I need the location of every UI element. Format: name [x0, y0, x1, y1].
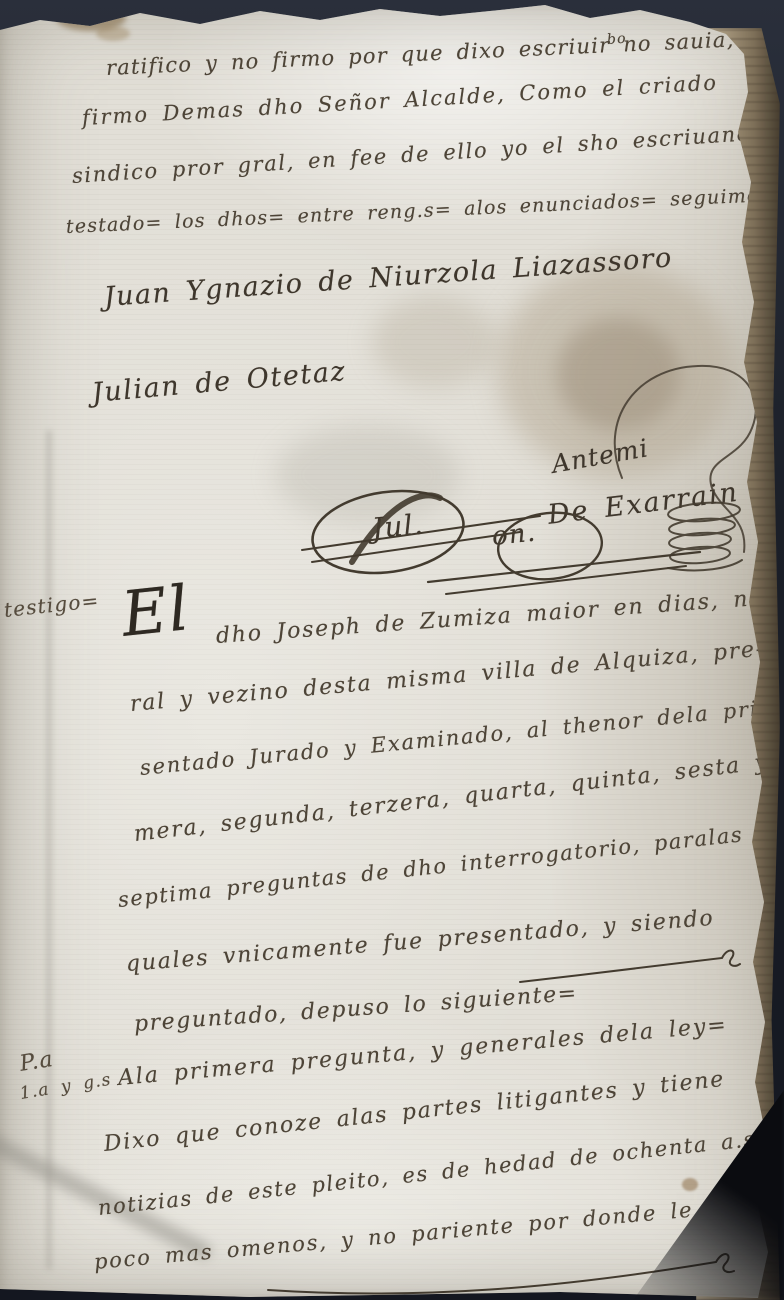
notary-signature-on: on.	[490, 517, 537, 551]
crease-left-vertical	[46, 430, 52, 1270]
manuscript-page: ratifico y no firmo por que dixo escriui…	[0, 0, 784, 1300]
stain-mid-left	[372, 296, 497, 388]
stain-bottom-dot	[682, 1178, 698, 1191]
stain-top-left-small	[96, 26, 130, 41]
rubric-underline-2	[446, 566, 686, 594]
closing-line-4: testado= los dhos= entre reng.s= alos en…	[66, 183, 784, 238]
rubric-underline-1	[428, 552, 700, 582]
dash-flourish	[520, 951, 740, 982]
superscript-note: bo	[606, 31, 627, 48]
stain-below-signature	[275, 425, 460, 525]
testimony-line-6: quales vnicamente fue presentado, y sien…	[125, 906, 715, 977]
testimony-line-1: dho Joseph de Zumiza maior en dias, natu…	[215, 583, 784, 649]
witness-margin-note: testigo=	[3, 588, 101, 622]
notary-signature-jul: Jul.	[371, 508, 426, 545]
closing-line-1: ratifico y no firmo por que dixo escriui…	[105, 27, 735, 80]
stain-center-core	[556, 318, 681, 430]
closing-line-3: sindico pror gral, en fee de ello yo el …	[71, 120, 771, 188]
testimony-line-7: preguntado, depuso lo siguiente=	[133, 981, 578, 1037]
question-margin-note-1: P.a	[18, 1047, 56, 1077]
signature-second: Julian de Otetaz	[91, 356, 348, 409]
notary-signature-surname: De Exarrain	[546, 477, 741, 531]
witness-initial: El	[118, 571, 193, 651]
paper: ratifico y no firmo por que dixo escriui…	[0, 0, 784, 1300]
closing-line-2: firmo Demas dho Señor Alcalde, Como el c…	[81, 70, 718, 130]
